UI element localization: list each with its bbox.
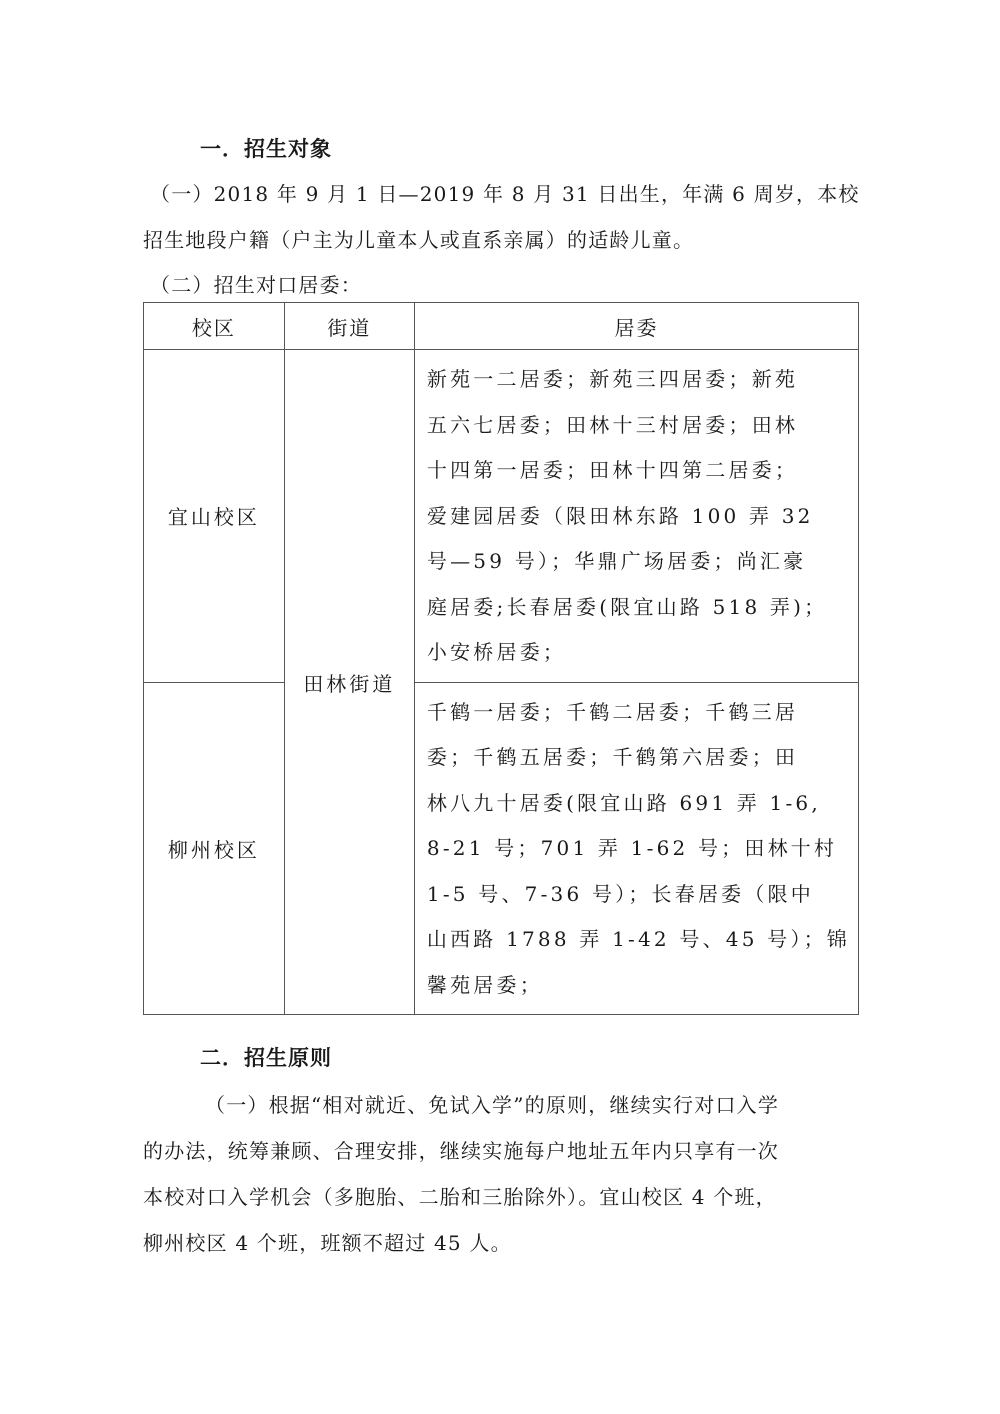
committee-line: 馨苑居委； [427,963,850,1009]
committee-line: 五六七居委；田林十三村居委；田林 [427,403,850,449]
subsection-label: （二）招生对口居委： [150,270,362,300]
section-heading-enrollment-target: 一．招生对象 [200,134,332,164]
table-row: 宜山校区 田林街道 新苑一二居委；新苑三四居委；新苑 五六七居委；田林十三村居委… [144,350,859,683]
header-committee: 居委 [414,303,858,350]
paragraph-line: （一）2018 年 9 月 1 日—2019 年 8 月 31 日出生，年满 6… [150,179,860,209]
committee-line: 1-5 号、7-36 号）；长春居委（限中 [427,872,850,918]
table-row: 柳州校区 千鹤一居委；千鹤二居委；千鹤三居 委；千鹤五居委；千鹤第六居委；田 林… [144,682,859,1015]
committee-line: 新苑一二居委；新苑三四居委；新苑 [427,357,850,403]
committee-line: 爱建园居委（限田林东路 100 弄 32 [427,494,850,540]
paragraph-line: 柳州校区 4 个班，班额不超过 45 人。 [143,1228,512,1258]
campus-cell: 柳州校区 [144,682,285,1015]
committee-line: 庭居委;长春居委(限宜山路 518 弄)； [427,585,850,631]
section-heading-enrollment-principles: 二．招生原则 [200,1043,332,1073]
paragraph-line: 的办法，统筹兼顾、合理安排，继续实施每户地址五年内只享有一次 [143,1136,779,1166]
committee-line: 千鹤一居委；千鹤二居委；千鹤三居 [427,690,850,736]
committee-line: 十四第一居委；田林十四第二居委； [427,448,850,494]
committee-cell: 千鹤一居委；千鹤二居委；千鹤三居 委；千鹤五居委；千鹤第六居委；田 林八九十居委… [414,682,858,1015]
enrollment-area-table: 校区 街道 居委 宜山校区 田林街道 新苑一二居委；新苑三四居委；新苑 五六七居… [143,302,859,1015]
committee-line: 委；千鹤五居委；千鹤第六居委；田 [427,735,850,781]
committee-line: 林八九十居委(限宜山路 691 弄 1-6, [427,781,850,827]
committee-line: 小安桥居委； [427,630,850,676]
committee-line: 号—59 号）；华鼎广场居委；尚汇豪 [427,539,850,585]
header-campus: 校区 [144,303,285,350]
committee-line: 8-21 号；701 弄 1-62 号；田林十村 [427,826,850,872]
paragraph-line: （一）根据“相对就近、免试入学”的原则，继续实行对口入学 [205,1090,779,1120]
paragraph-line: 招生地段户籍（户主为儿童本人或直系亲属）的适龄儿童。 [143,225,694,255]
campus-cell: 宜山校区 [144,350,285,683]
committee-line: 山西路 1788 弄 1-42 号、45 号）；锦 [427,917,850,963]
header-street: 街道 [284,303,414,350]
document-page: 一．招生对象 （一）2018 年 9 月 1 日—2019 年 8 月 31 日… [0,0,1000,1414]
street-cell: 田林街道 [284,350,414,1015]
table-header-row: 校区 街道 居委 [144,303,859,350]
committee-cell: 新苑一二居委；新苑三四居委；新苑 五六七居委；田林十三村居委；田林 十四第一居委… [414,350,858,683]
paragraph-line: 本校对口入学机会（多胞胎、二胎和三胎除外）。宜山校区 4 个班， [143,1182,777,1212]
